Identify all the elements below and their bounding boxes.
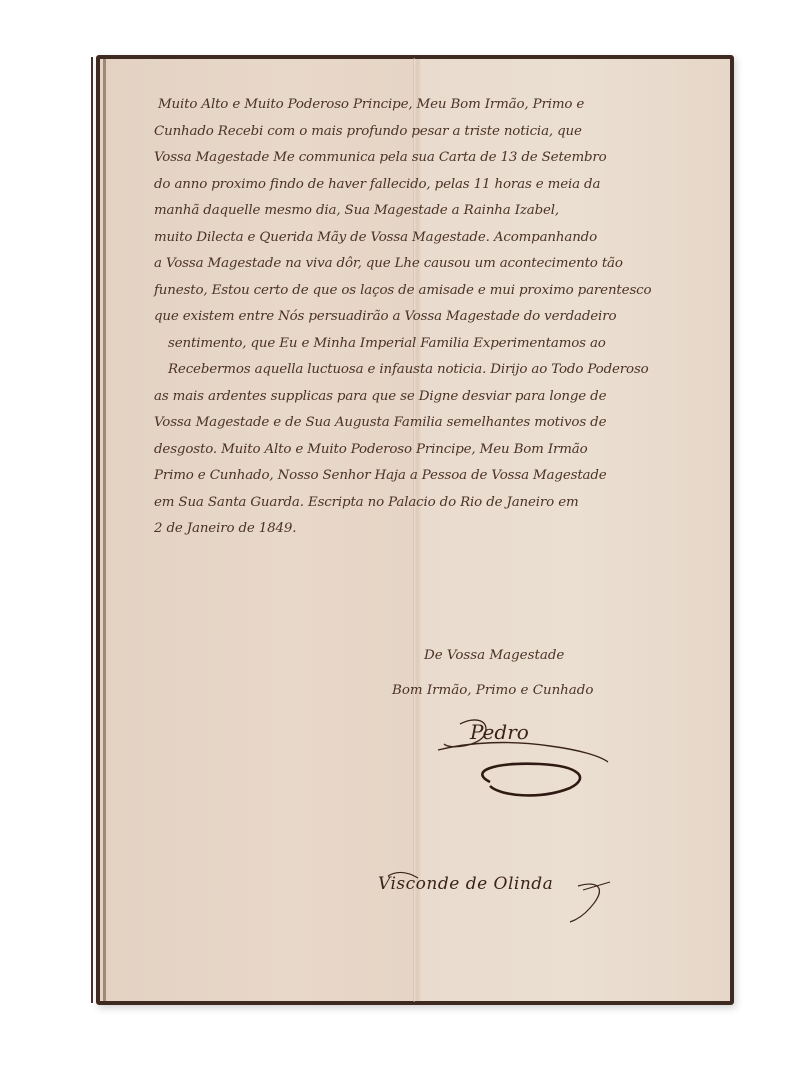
countersignature: Visconde de Olinda: [378, 868, 628, 928]
letter-line: Vossa Magestade Me communica pela sua Ca…: [154, 145, 678, 172]
closing-salutation: De Vossa Magestade: [424, 648, 564, 663]
letter-line: desgosto. Muito Alto e Muito Poderoso Pr…: [154, 437, 678, 464]
letter-line: Cunhado Recebi com o mais profundo pesar…: [154, 119, 678, 146]
letter-body: Muito Alto e Muito Poderoso Principe, Me…: [158, 92, 678, 543]
signature-pedro: Pedro: [430, 712, 620, 802]
letter-line: do anno proximo findo de haver fallecido…: [154, 172, 678, 199]
letter-line: sentimento, que Eu e Minha Imperial Fami…: [168, 331, 678, 358]
letter-line: que existem entre Nós persuadirão a Voss…: [154, 304, 678, 331]
signature-text: Pedro: [470, 720, 529, 744]
letter-line: Primo e Cunhado, Nosso Senhor Haja a Pes…: [154, 463, 678, 490]
letter-line: a Vossa Magestade na viva dôr, que Lhe c…: [154, 251, 678, 278]
letter-line: Recebermos aquella luctuosa e infausta n…: [168, 357, 678, 384]
letter-line: muito Dilecta e Querida Mãy de Vossa Mag…: [154, 225, 678, 252]
binding-edge-line: [91, 57, 93, 1003]
letter-line: 2 de Janeiro de 1849.: [154, 516, 678, 543]
letter-line: funesto, Estou certo de que os laços de …: [154, 278, 678, 305]
letter-line: manhã daquelle mesmo dia, Sua Magestade …: [154, 198, 678, 225]
letter-line: Vossa Magestade e de Sua Augusta Familia…: [154, 410, 678, 437]
closing-relation: Bom Irmão, Primo e Cunhado: [392, 683, 593, 698]
letter-line: em Sua Santa Guarda. Escripta no Palacio…: [154, 490, 678, 517]
countersign-flourish-icon: [378, 868, 628, 928]
letter-line: Muito Alto e Muito Poderoso Principe, Me…: [158, 92, 678, 119]
letter-line: as mais ardentes supplicas para que se D…: [154, 384, 678, 411]
